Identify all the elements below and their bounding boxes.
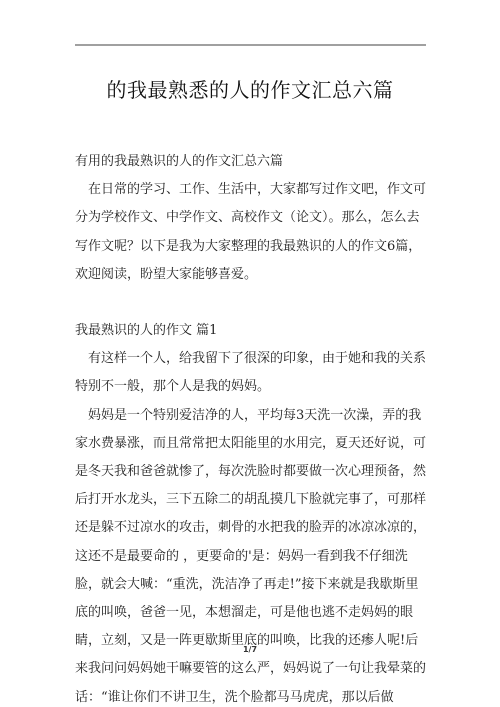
intro-heading: 有用的我最熟识的人的作文汇总六篇 xyxy=(75,148,427,176)
header-rule xyxy=(75,44,426,46)
spacer xyxy=(75,289,427,317)
section-paragraph: 妈妈是一个特别爱洁净的人，平均每3天洗一次澡，弄的我家水费暴涨，而且常常把太阳能… xyxy=(75,402,427,707)
intro-paragraph: 在日常的学习、工作、生活中，大家都写过作文吧，作文可分为学校作文、中学作文、高校… xyxy=(75,176,427,289)
document-body: 有用的我最熟识的人的作文汇总六篇 在日常的学习、工作、生活中，大家都写过作文吧，… xyxy=(75,148,427,707)
section-heading: 我最熟识的人的作文 篇1 xyxy=(75,317,427,345)
page-number: 1/7 xyxy=(0,645,500,654)
document-title: 的我最熟悉的人的作文汇总六篇 xyxy=(0,76,500,104)
section-paragraph: 有这样一个人，给我留下了很深的印象，由于她和我的关系特别不一般，那个人是我的妈妈… xyxy=(75,345,427,401)
